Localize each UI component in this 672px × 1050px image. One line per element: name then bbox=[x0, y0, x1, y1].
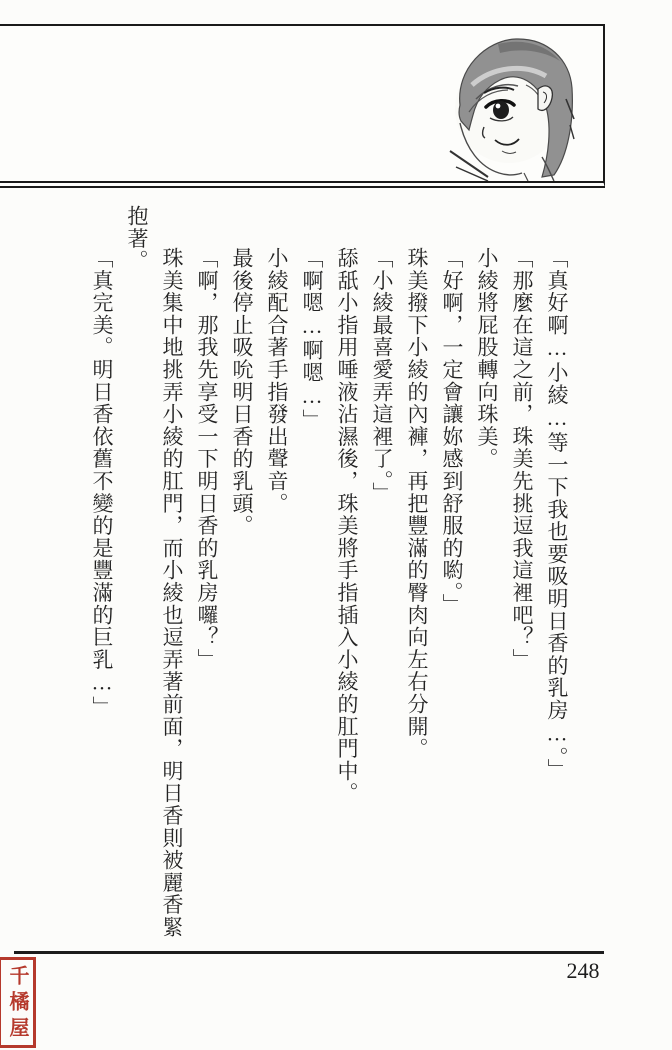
story-paragraph: 「啊，那我先享受一下明日香的乳房囉？」 bbox=[189, 205, 224, 942]
story-paragraph: 最後停止吸吮明日香的乳頭。 bbox=[224, 205, 259, 942]
publisher-seal-stamp: 千橘屋 bbox=[0, 957, 36, 1048]
story-paragraph: 「啊嗯…啊嗯…」 bbox=[294, 205, 329, 942]
character-face-illustration bbox=[442, 27, 592, 181]
story-paragraph: 小綾配合著手指發出聲音。 bbox=[259, 205, 294, 942]
page-number: 248 bbox=[556, 958, 610, 984]
story-paragraph: 珠美撥下小綾的內褲，再把豐滿的臀肉向左右分開。 bbox=[399, 205, 434, 942]
story-paragraph: 「真好啊…小綾…等一下我也要吸明日香的乳房…。」 bbox=[539, 205, 574, 942]
illustration-panel bbox=[0, 24, 605, 188]
story-paragraph: 舔舐小指用唾液沾濕後，珠美將手指插入小綾的肛門中。 bbox=[329, 205, 364, 942]
story-paragraph: 「那麼在這之前，珠美先挑逗我這裡吧？」 bbox=[504, 205, 539, 942]
story-paragraph: 「真完美。明日香依舊不變的是豐滿的巨乳…」 bbox=[84, 205, 119, 942]
story-paragraph: 「小綾最喜愛弄這裡了。」 bbox=[364, 205, 399, 942]
footer-divider bbox=[14, 951, 604, 954]
story-paragraph: 小綾將屁股轉向珠美。 bbox=[469, 205, 504, 942]
story-text: 「真好啊…小綾…等一下我也要吸明日香的乳房…。」 「那麼在這之前，珠美先挑逗我這… bbox=[84, 205, 574, 942]
book-page: { "page": { "number": "248", "background… bbox=[0, 0, 672, 1050]
story-paragraph: 「好啊，一定會讓妳感到舒服的喲。」 bbox=[434, 205, 469, 942]
story-paragraph: 珠美集中地挑弄小綾的肛門，而小綾也逗弄著前面，明日香則被麗香緊抱著。 bbox=[119, 205, 189, 942]
